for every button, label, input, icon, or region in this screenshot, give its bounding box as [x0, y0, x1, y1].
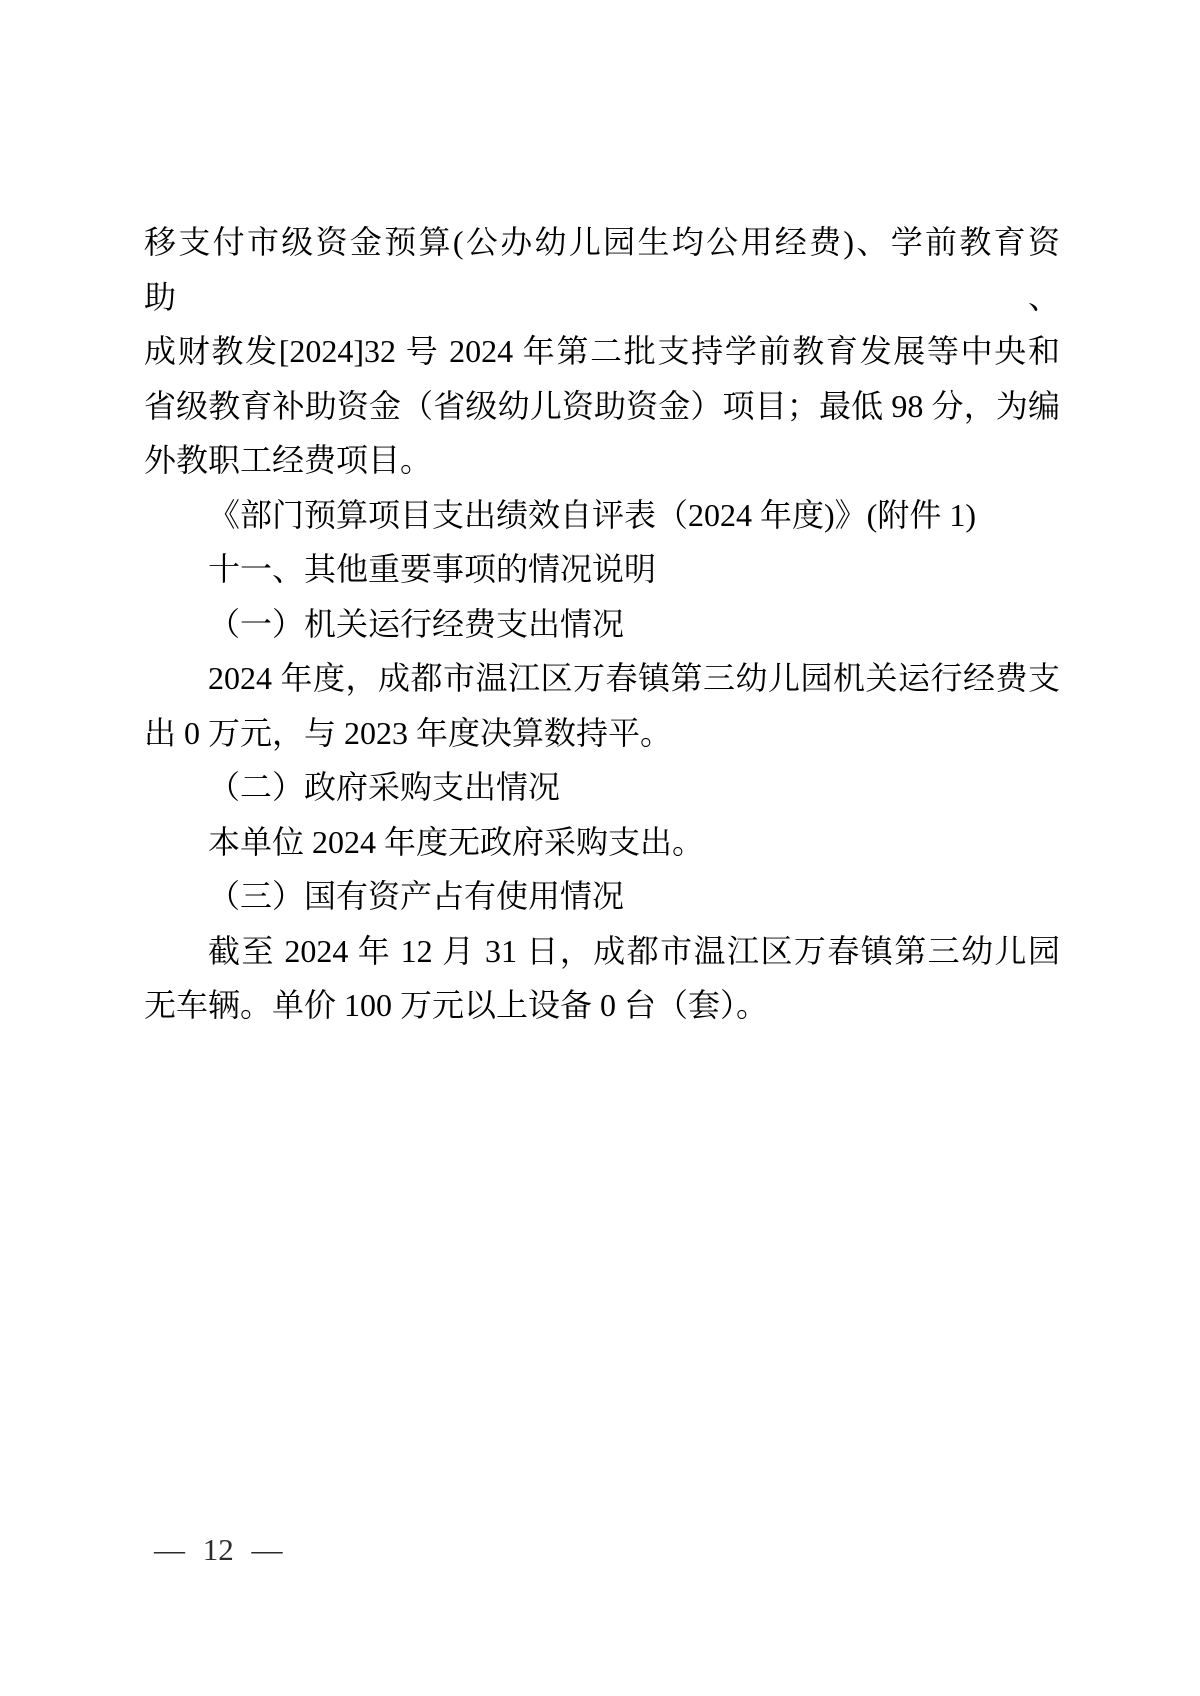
document-page: 移支付市级资金预算(公办幼儿园生均公用经费)、学前教育资助、 成财教发[2024… [0, 0, 1200, 1696]
body-text-line-11: 本单位 2024 年度无政府采购支出。 [144, 815, 1060, 870]
section-eleven-heading: 十一、其他重要事项的情况说明 [144, 542, 1060, 597]
body-text-line-2: 成财教发[2024]32 号 2024 年第二批支持学前教育发展等中央和 [144, 324, 1060, 379]
body-text-line-8: 2024 年度，成都市温江区万春镇第三幼儿园机关运行经费支 [144, 651, 1060, 706]
page-number: — 12 — [154, 1532, 283, 1567]
subsection-one-heading: （一）机关运行经费支出情况 [144, 597, 1060, 652]
body-text-line-13: 截至 2024 年 12 月 31 日，成都市温江区万春镇第三幼儿园 [144, 924, 1060, 979]
subsection-two-heading: （二）政府采购支出情况 [144, 760, 1060, 815]
body-text-line-3: 省级教育补助资金（省级幼儿资助资金）项目；最低 98 分，为编 [144, 379, 1060, 434]
body-text-line-1: 移支付市级资金预算(公办幼儿园生均公用经费)、学前教育资助、 [144, 215, 1060, 324]
body-text-line-4: 外教职工经费项目。 [144, 433, 1060, 488]
subsection-three-heading: （三）国有资产占有使用情况 [144, 869, 1060, 924]
page-footer: — 12 — [154, 1533, 283, 1567]
body-text-line-14: 无车辆。单价 100 万元以上设备 0 台（套）。 [144, 978, 1060, 1033]
body-text-line-9: 出 0 万元，与 2023 年度决算数持平。 [144, 706, 1060, 761]
attachment-reference-line: 《部门预算项目支出绩效自评表（2024 年度)》(附件 1) [144, 488, 1060, 543]
document-body: 移支付市级资金预算(公办幼儿园生均公用经费)、学前教育资助、 成财教发[2024… [144, 215, 1060, 1033]
